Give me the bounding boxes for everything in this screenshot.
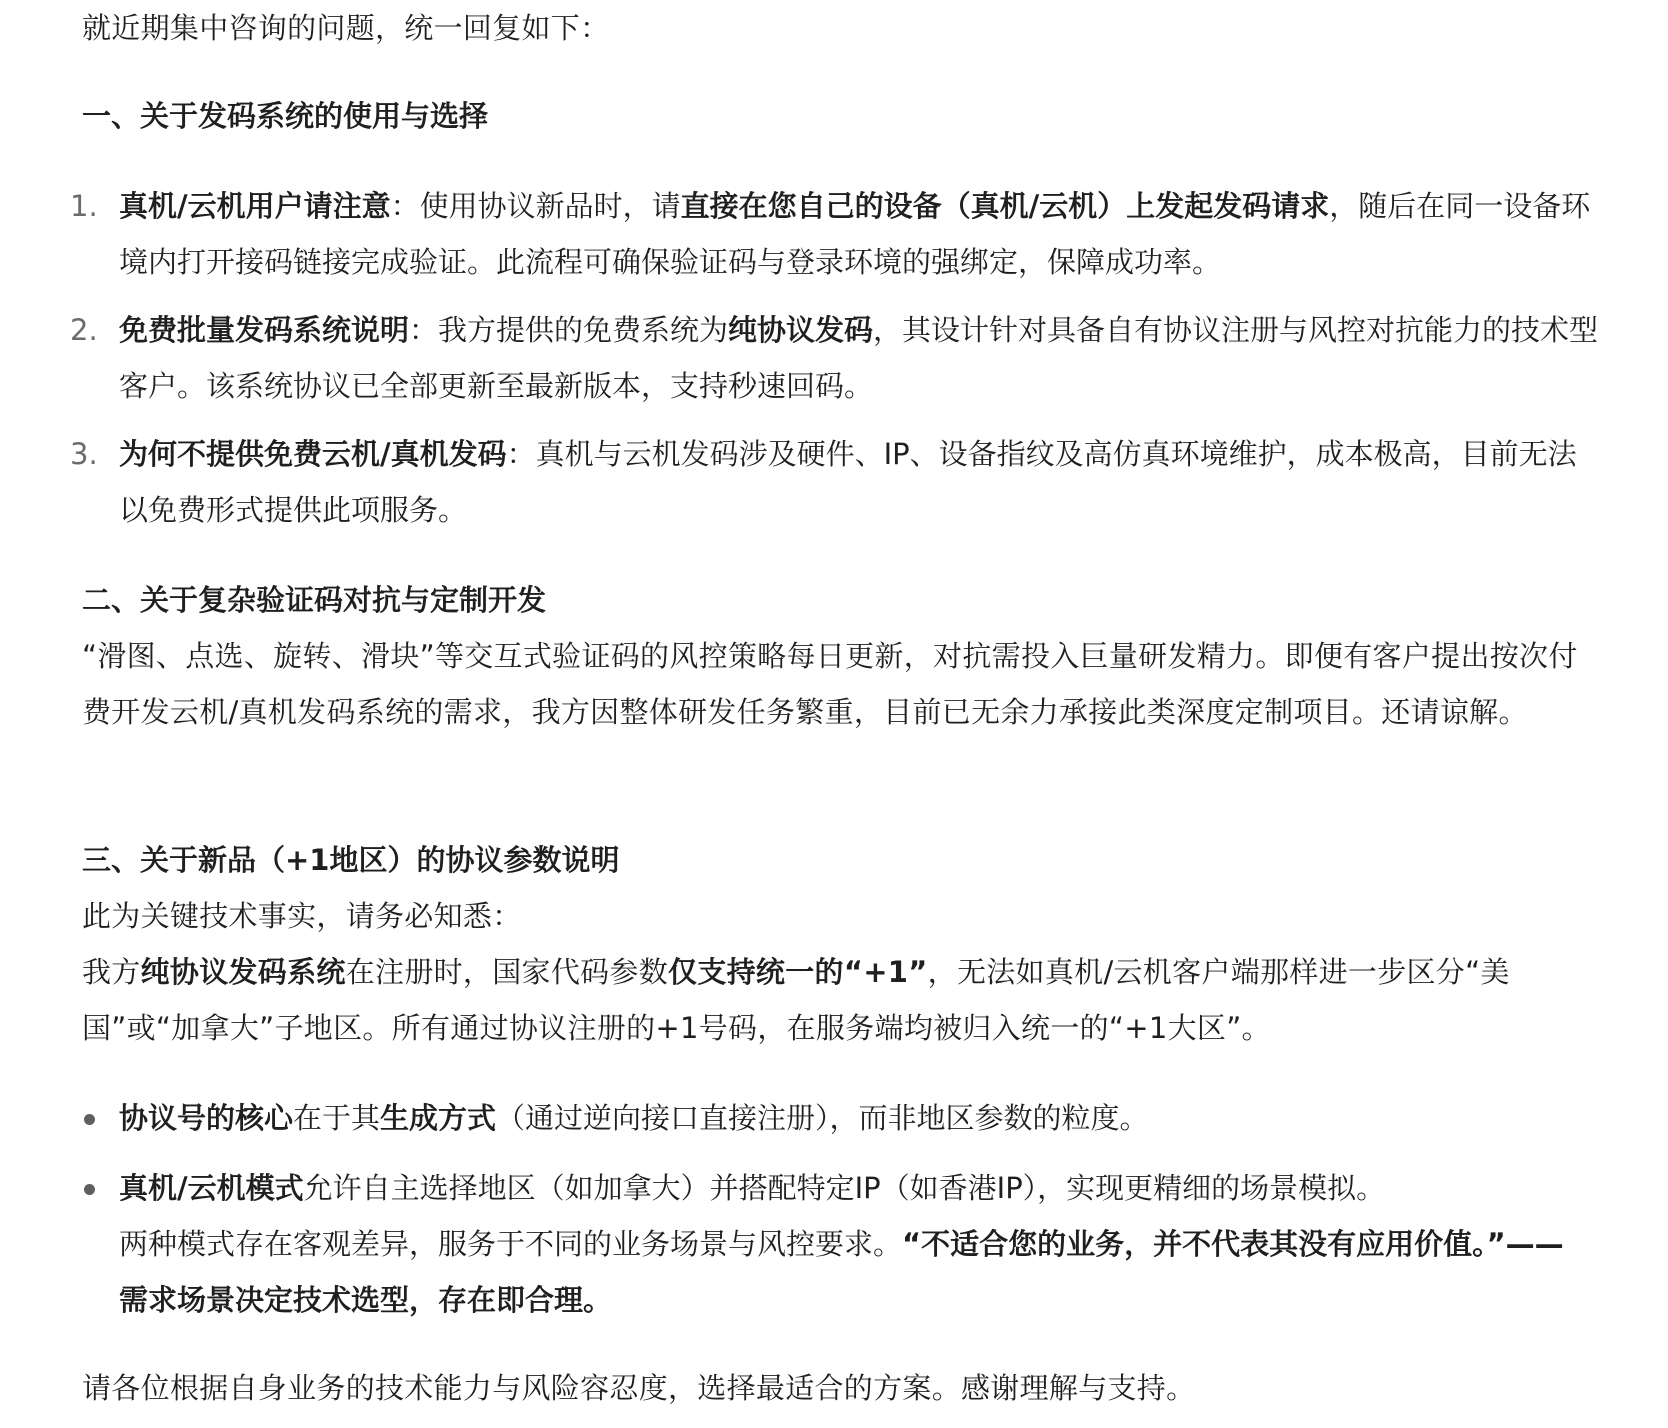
numbered-item-3: 3. 为何不提供免费云机/真机发码：真机与云机发码涉及硬件、IP、设备指纹及高仿… bbox=[82, 426, 1599, 538]
bullet-icon bbox=[84, 1184, 95, 1195]
intro-text: 就近期集中咨询的问题，统一回复如下： bbox=[82, 0, 609, 56]
closing-text: 请各位根据自身业务的技术能力与风险容忍度，选择最适合的方案。感谢理解与支持。 bbox=[82, 1360, 1195, 1416]
numbered-item-2: 2. 免费批量发码系统说明：我方提供的免费系统为纯协议发码，其设计针对具备自有协… bbox=[82, 302, 1599, 414]
section-3-heading: 三、关于新品（+1地区）的协议参数说明 bbox=[82, 832, 619, 888]
bullet-icon bbox=[84, 1114, 95, 1125]
numbered-item-1: 1. 真机/云机用户请注意：使用协议新品时，请直接在您自己的设备（真机/云机）上… bbox=[82, 178, 1599, 290]
list-number: 3. bbox=[70, 426, 98, 482]
section-2-heading: 二、关于复杂验证码对抗与定制开发 bbox=[82, 572, 546, 628]
section-1-heading: 一、关于发码系统的使用与选择 bbox=[82, 88, 488, 144]
section-3-lead: 此为关键技术事实，请务必知悉： bbox=[82, 888, 522, 944]
section-3-paragraph: 我方纯协议发码系统在注册时，国家代码参数仅支持统一的“+1”，无法如真机/云机客… bbox=[82, 944, 1582, 1056]
list-number: 1. bbox=[70, 178, 98, 234]
list-number: 2. bbox=[70, 302, 98, 358]
bullet-item-2: 真机/云机模式允许自主选择地区（如加拿大）并搭配特定IP（如香港IP），实现更精… bbox=[82, 1160, 1599, 1328]
section-2-body: “滑图、点选、旋转、滑块”等交互式验证码的风控策略每日更新，对抗需投入巨量研发精… bbox=[82, 628, 1582, 740]
bullet-item-1: 协议号的核心在于其生成方式（通过逆向接口直接注册），而非地区参数的粒度。 bbox=[82, 1090, 1599, 1146]
